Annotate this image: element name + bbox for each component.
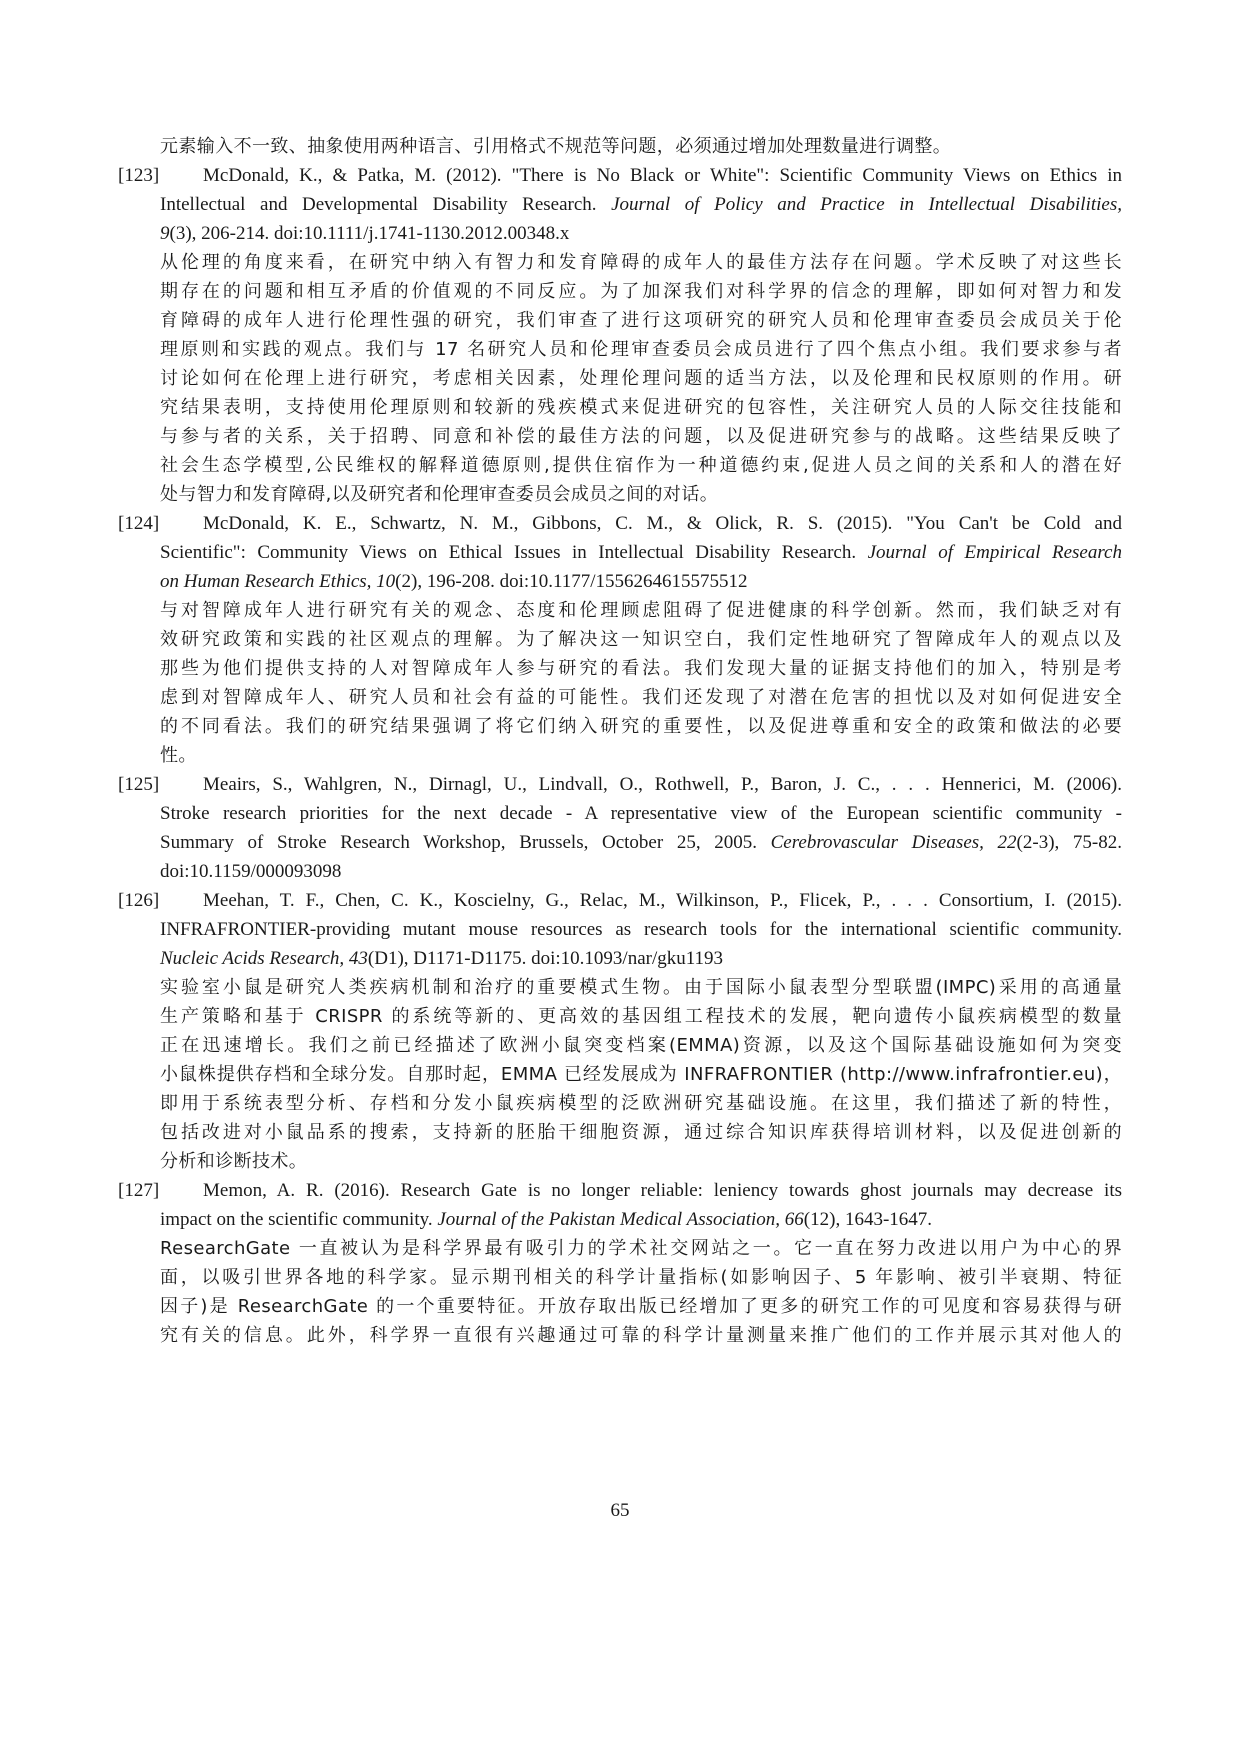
- abstract-line: 虑到对智障成年人、研究人员和社会有益的可能性。我们还发现了对潜在危害的担忧以及对…: [160, 683, 1122, 712]
- citation-line: McDonald, K. E., Schwartz, N. M., Gibbon…: [203, 509, 1122, 538]
- citation-line: Intellectual and Developmental Disabilit…: [160, 190, 1122, 219]
- reference-number: [125]: [118, 770, 159, 799]
- continuation-text: 元素输入不一致、抽象使用两种语言、引用格式不规范等问题，必须通过增加处理数量进行…: [160, 132, 1122, 161]
- journal-title: Journal of Empirical Research: [868, 542, 1122, 563]
- journal-title: Nucleic Acids Research, 43: [160, 948, 368, 969]
- reference-number: [126]: [118, 886, 159, 915]
- abstract-line: 小鼠株提供存档和全球分发。自那时起，EMMA 已经发展成为 INFRAFRONT…: [160, 1060, 1122, 1089]
- citation-line: on Human Research Ethics, 10(2), 196-208…: [160, 567, 1122, 596]
- abstract-line: 生产策略和基于 CRISPR 的系统等新的、更高效的基因组工程技术的发展，靶向遗…: [160, 1002, 1122, 1031]
- abstract-line: 理原则和实践的观点。我们与 17 名研究人员和伦理审查委员会成员进行了四个焦点小…: [160, 335, 1122, 364]
- citation-line: impact on the scientific community. Jour…: [160, 1205, 1122, 1234]
- citation-line: Meairs, S., Wahlgren, N., Dirnagl, U., L…: [203, 770, 1122, 799]
- abstract-line: 期存在的问题和相互矛盾的价值观的不同反应。为了加深我们对科学界的信念的理解，即如…: [160, 277, 1122, 306]
- abstract-line: 究结果表明，支持使用伦理原则和较新的残疾模式来促进研究的包容性，关注研究人员的人…: [160, 393, 1122, 422]
- citation-line: doi:10.1159/000093098: [160, 857, 1122, 886]
- reference-number: [124]: [118, 509, 159, 538]
- abstract-line: 效研究政策和实践的社区观点的理解。为了解决这一知识空白，我们定性地研究了智障成年…: [160, 625, 1122, 654]
- journal-title: Journal of the Pakistan Medical Associat…: [437, 1209, 803, 1230]
- abstract-line: 性。: [160, 741, 1122, 770]
- journal-title: Cerebrovascular Diseases, 22: [771, 832, 1017, 853]
- abstract-line: 那些为他们提供支持的人对智障成年人参与研究的看法。我们发现大量的证据支持他们的加…: [160, 654, 1122, 683]
- abstract-line: 究有关的信息。此外，科学界一直很有兴趣通过可靠的科学计量测量来推广他们的工作并展…: [160, 1321, 1122, 1350]
- reference-number: [127]: [118, 1176, 159, 1205]
- abstract-line: 即用于系统表型分析、存档和分发小鼠疾病模型的泛欧洲研究基础设施。在这里，我们描述…: [160, 1089, 1122, 1118]
- citation-line: Summary of Stroke Research Workshop, Bru…: [160, 828, 1122, 857]
- abstract-line: 分析和诊断技术。: [160, 1147, 1122, 1176]
- abstract-line: 的不同看法。我们的研究结果强调了将它们纳入研究的重要性，以及促进尊重和安全的政策…: [160, 712, 1122, 741]
- abstract-line: 正在迅速增长。我们之前已经描述了欧洲小鼠突变档案(EMMA)资源，以及这个国际基…: [160, 1031, 1122, 1060]
- citation-line: McDonald, K., & Patka, M. (2012). "There…: [203, 161, 1122, 190]
- citation-line: Nucleic Acids Research, 43(D1), D1171-D1…: [160, 944, 1122, 973]
- citation-line: Scientific": Community Views on Ethical …: [160, 538, 1122, 567]
- abstract-line: 因子)是 ResearchGate 的一个重要特征。开放存取出版已经增加了更多的…: [160, 1292, 1122, 1321]
- abstract-line: 面，以吸引世界各地的科学家。显示期刊相关的科学计量指标(如影响因子、5 年影响、…: [160, 1263, 1122, 1292]
- citation-line: 9(3), 206-214. doi:10.1111/j.1741-1130.2…: [160, 219, 1122, 248]
- document-page: 元素输入不一致、抽象使用两种语言、引用格式不规范等问题，必须通过增加处理数量进行…: [0, 0, 1240, 1753]
- journal-title: Journal of Policy and Practice in Intell…: [611, 194, 1122, 215]
- citation-line: Stroke research priorities for the next …: [160, 799, 1122, 828]
- citation-line: Memon, A. R. (2016). Research Gate is no…: [203, 1176, 1122, 1205]
- page-number: 65: [0, 1496, 1240, 1525]
- abstract-line: 处与智力和发育障碍,以及研究者和伦理审查委员会成员之间的对话。: [160, 480, 1122, 509]
- abstract-line: 社会生态学模型,公民维权的解释道德原则,提供住宿作为一种道德约束,促进人员之间的…: [160, 451, 1122, 480]
- abstract-line: 讨论如何在伦理上进行研究，考虑相关因素，处理伦理问题的适当方法，以及伦理和民权原…: [160, 364, 1122, 393]
- abstract-line: 实验室小鼠是研究人类疾病机制和治疗的重要模式生物。由于国际小鼠表型分型联盟(IM…: [160, 973, 1122, 1002]
- abstract-line: 与对智障成年人进行研究有关的观念、态度和伦理顾虑阻碍了促进健康的科学创新。然而，…: [160, 596, 1122, 625]
- abstract-line: 包括改进对小鼠品系的搜索，支持新的胚胎干细胞资源，通过综合知识库获得培训材料，以…: [160, 1118, 1122, 1147]
- citation-line: INFRAFRONTIER-providing mutant mouse res…: [160, 915, 1122, 944]
- reference-number: [123]: [118, 161, 159, 190]
- abstract-line: 与参与者的关系，关于招聘、同意和补偿的最佳方法的问题，以及促进研究参与的战略。这…: [160, 422, 1122, 451]
- abstract-line: 从伦理的角度来看，在研究中纳入有智力和发育障碍的成年人的最佳方法存在问题。学术反…: [160, 248, 1122, 277]
- citation-line: Meehan, T. F., Chen, C. K., Koscielny, G…: [203, 886, 1122, 915]
- abstract-line: 育障碍的成年人进行伦理性强的研究，我们审查了进行这项研究的研究人员和伦理审查委员…: [160, 306, 1122, 335]
- abstract-line: ResearchGate 一直被认为是科学界最有吸引力的学术社交网站之一。它一直…: [160, 1234, 1122, 1263]
